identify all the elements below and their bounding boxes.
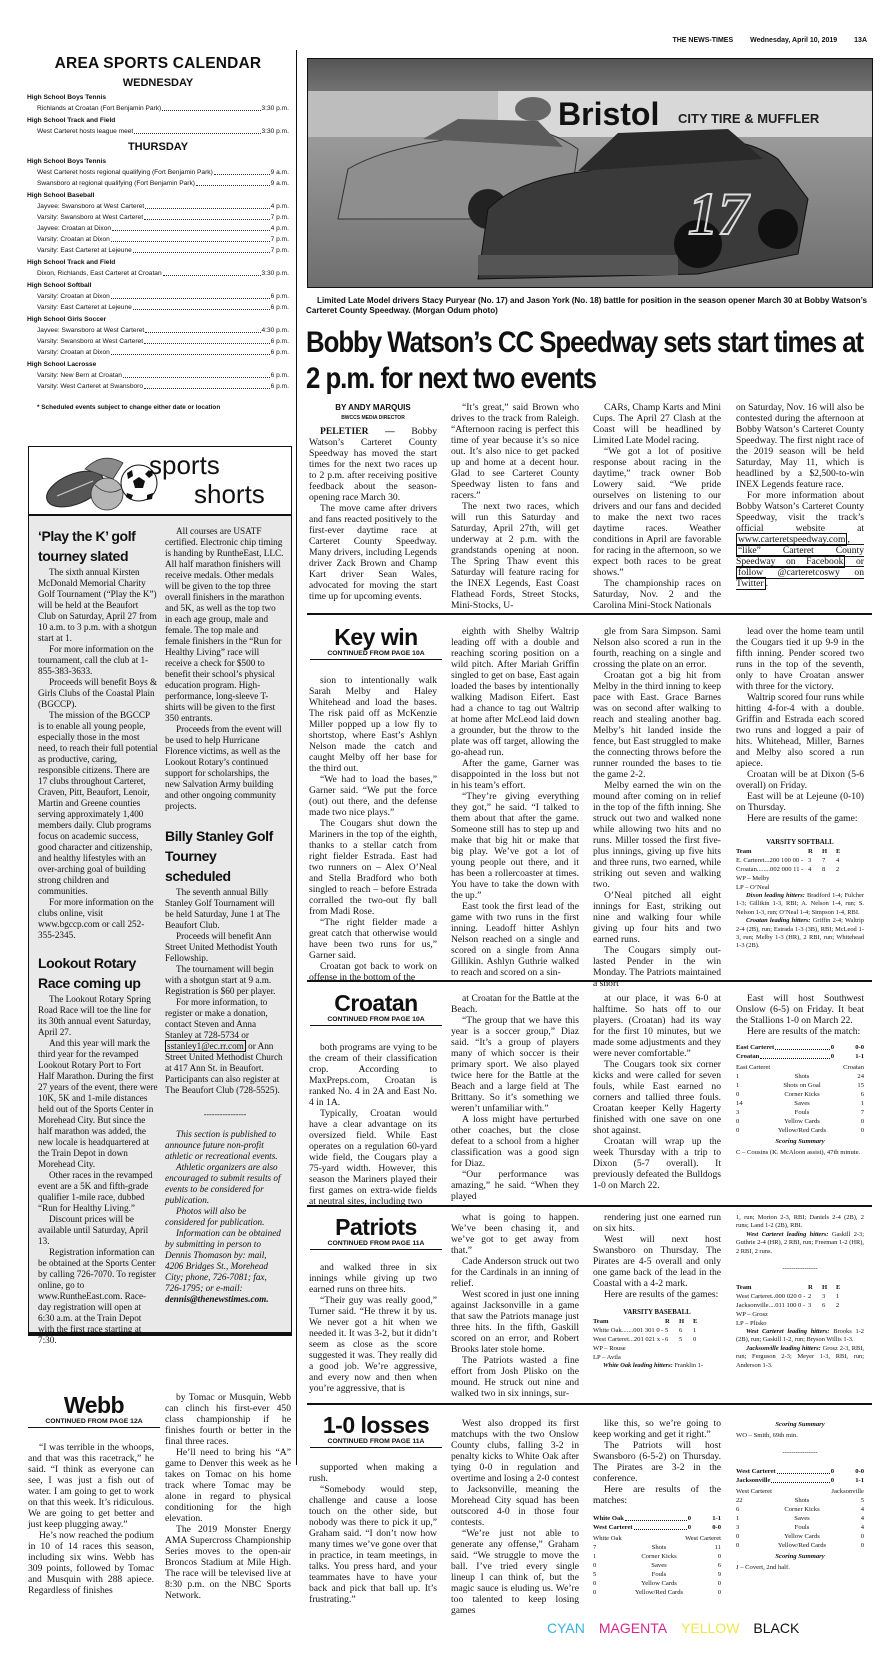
- paragraph: Information can be obtained by submittin…: [165, 1228, 285, 1294]
- leader-dots: [145, 201, 269, 209]
- tire-sign: CITY TIRE & MUFFLER: [678, 111, 820, 126]
- paragraph: The championship races on Saturday, Nov.…: [593, 578, 721, 611]
- box-header: TeamRHE: [736, 847, 864, 856]
- registration-mark-magenta: MAGENTA: [599, 1620, 667, 1636]
- race-photo: Bristol CITY TIRE & MUFFLER 17: [307, 58, 873, 288]
- losing-pitcher: LP – Avila: [593, 1353, 721, 1362]
- stat-row: 14Saves1: [736, 1099, 864, 1108]
- paragraph: Proceeds from the event will be used to …: [165, 724, 285, 812]
- team-header: White OakWest Carteret: [593, 1534, 721, 1543]
- scoring-summary-label: Scoring Summary: [736, 1552, 864, 1561]
- rotary-story: The Lookout Rotary Spring Road Race will…: [38, 994, 158, 1346]
- box-divider: ----------------: [736, 1264, 864, 1273]
- paragraph: O’Neal pitched all eight innings for Eas…: [593, 890, 721, 945]
- webb-title: Webb: [28, 1392, 160, 1418]
- lead-text: Bobby Watson’s Carteret County Speedway …: [309, 426, 437, 503]
- scoring-summary: C – Cousins (K. McAloon assist), 47th mi…: [736, 1148, 864, 1157]
- policy-note: This section is published to announce fu…: [165, 1129, 285, 1294]
- paragraph: “We’re just not able to generate any off…: [451, 1528, 579, 1616]
- event-time: 7 p.m.: [271, 212, 289, 223]
- team-header: East CarteretCroatan: [736, 1063, 864, 1072]
- paragraph: Croatan got back to work on offense in t…: [309, 961, 437, 983]
- scoring-summary: WO – Smith, 69th min.: [736, 1431, 864, 1440]
- calendar-event: Jayvee: Croatan at Dixon4 p.m.: [27, 223, 289, 234]
- event-time: 4 p.m.: [271, 201, 289, 212]
- box-title: VARSITY SOFTBALL: [736, 838, 864, 847]
- leading-hitters: West Carteret leading hitters: Gaskill 2…: [736, 1231, 864, 1256]
- winning-pitcher: WP – Melby: [736, 874, 864, 883]
- leading-hitters: 1, run; Morton 2-3, RBI; Daniels 2-4 (2B…: [736, 1214, 864, 1231]
- scoring-summary-label: Scoring Summary: [736, 1420, 864, 1429]
- paragraph: East will be at Lejeune (0-10) on Thursd…: [736, 791, 864, 813]
- losses-col-1: supported when making a rush.“Somebody w…: [309, 1462, 437, 1605]
- registration-mark-black: BLACK: [753, 1620, 799, 1636]
- croatan-jump-head: Croatan CONTINUED FROM PAGE 10A: [310, 990, 442, 1026]
- box-row: West Carteret...201 021 x -650: [593, 1335, 721, 1344]
- leader-dots: [196, 178, 270, 186]
- golf-story: The sixth annual Kirsten McDonald Memori…: [38, 567, 158, 941]
- calendar-note: * Scheduled events subject to change eit…: [27, 404, 289, 411]
- photo-caption: Limited Late Model drivers Stacy Puryear…: [306, 296, 872, 316]
- paragraph: East will host Southwest Onslow (6-5) on…: [736, 993, 864, 1026]
- croatan-continued: CONTINUED FROM PAGE 10A: [310, 1016, 442, 1026]
- calendar-sport: High School Track and Field: [27, 116, 289, 126]
- calendar-sport: High School Boys Tennis: [27, 93, 289, 103]
- stanley-contact-text: For more information, to register or mak…: [165, 997, 268, 1040]
- policy-email[interactable]: dennis@thenewstimes.com.: [165, 1294, 285, 1305]
- paragraph: All courses are USATF certified. Electro…: [165, 526, 285, 724]
- paragraph: by Tomac or Musquin, Webb can clinch his…: [165, 1392, 291, 1447]
- baseball-box-score-cont: 1, run; Morton 2-3, RBI; Daniels 2-4 (2B…: [736, 1214, 864, 1370]
- paragraph: what is going to happen. We’ve been chas…: [451, 1212, 579, 1256]
- leading-hitters: Dixon leading hitters: Bradford 1-4; Ful…: [736, 892, 864, 917]
- paragraph: gle from Sara Simpson. Sami Nelson also …: [593, 626, 721, 670]
- paragraph: Croatan got a big hit from Melby in the …: [593, 670, 721, 780]
- calendar-event: Varsity: East Carteret at Lejeune7 p.m.: [27, 245, 289, 256]
- lead-text: on Saturday, Nov. 16 will also be contes…: [736, 402, 864, 490]
- leader-dots: [133, 245, 270, 253]
- leader-dots: [144, 381, 270, 389]
- score-line: West Carteret00-0: [593, 1523, 721, 1532]
- paper-name: THE NEWS-TIMES: [672, 37, 733, 44]
- losses-continued: CONTINUED FROM PAGE 11A: [310, 1438, 442, 1448]
- lead-text: The move came after drivers and fans rea…: [309, 503, 437, 602]
- stat-row: 0Yellow Cards0: [736, 1532, 864, 1541]
- patriots-continued: CONTINUED FROM PAGE 11A: [310, 1240, 442, 1250]
- boys-soccer-box-score-cont: Scoring Summary WO – Smith, 69th min. --…: [736, 1420, 864, 1457]
- event-name: Dixon, Richlands, East Carteret at Croat…: [37, 268, 162, 279]
- patriots-col-4: 1, run; Morton 2-3, RBI; Daniels 2-4 (2B…: [736, 1214, 864, 1370]
- paragraph: Here are results of the match:: [736, 1026, 864, 1037]
- event-name: Jayvee: Swansboro at West Carteret: [37, 201, 144, 212]
- event-time: 9 a.m.: [271, 167, 289, 178]
- losing-pitcher: LP – Plisko: [736, 1319, 864, 1328]
- leading-hitters: White Oak leading hitters: Franklin 1-: [593, 1362, 721, 1370]
- paragraph: West will next host Swansboro on Thursda…: [593, 1234, 721, 1289]
- paragraph: “They’re giving everything they got,” he…: [451, 791, 579, 901]
- paragraph: “Somebody would step, challenge and caus…: [309, 1484, 437, 1605]
- softball-box-score: VARSITY SOFTBALL TeamRHE E. Carteret...2…: [736, 838, 864, 951]
- leader-dots: [134, 126, 260, 134]
- paragraph: “We got a lot of positive response about…: [593, 446, 721, 578]
- page-number: 13A: [854, 37, 867, 44]
- box-row: Croatan........002 000 11 -482: [736, 865, 864, 874]
- paragraph: The 2019 Monster Energy AMA Supercross C…: [165, 1524, 291, 1601]
- losses-title: 1-0 losses: [310, 1412, 442, 1438]
- paragraph: After the game, Garner was disappointed …: [451, 758, 579, 791]
- paragraph: The next two races, which will run this …: [451, 501, 579, 611]
- lead-col-3: CARs, Champ Karts and Mini Cups. The Apr…: [593, 402, 721, 611]
- event-name: Swansboro at regional qualifying (Fort B…: [37, 178, 195, 189]
- paragraph: Melby earned the win on the mound after …: [593, 780, 721, 890]
- calendar-event: Varsity: New Bern at Croatan6 p.m.: [27, 370, 289, 381]
- losing-pitcher: LP – O’Neal: [736, 883, 864, 892]
- stat-row: 1Shots on Goal15: [736, 1081, 864, 1090]
- event-time: 3:30 p.m.: [262, 126, 290, 137]
- paragraph: He’s now reached the podium in 10 of 14 …: [28, 1530, 154, 1596]
- paragraph: The sixth annual Kirsten McDonald Memori…: [38, 567, 158, 644]
- paragraph: “It’s great,” said Brown who drives to t…: [451, 402, 579, 501]
- paragraph: Photos will also be considered for publi…: [165, 1206, 285, 1228]
- losses-col-4: Scoring Summary WO – Smith, 69th min. --…: [736, 1418, 864, 1572]
- patriots-col-2: what is going to happen. We’ve been chas…: [451, 1212, 579, 1399]
- registration-marks: CYANMAGENTAYELLOWBLACK: [547, 1620, 799, 1636]
- calendar-title: AREA SPORTS CALENDAR: [27, 55, 289, 73]
- keywin-col-1: sion to intentionally walk Sarah Melby a…: [309, 675, 437, 983]
- losses-jump-head: 1-0 losses CONTINUED FROM PAGE 11A: [310, 1412, 442, 1448]
- winning-pitcher: WP – Rouse: [593, 1344, 721, 1353]
- event-time: 7 p.m.: [271, 245, 289, 256]
- calendar-day-heading: WEDNESDAY: [27, 77, 289, 89]
- leader-dots: [145, 325, 260, 333]
- event-name: Varsity: East Carteret at Lejeune: [37, 245, 132, 256]
- stanley-headline: Billy Stanley Golf Tourney scheduled: [165, 826, 285, 886]
- column-rule: [296, 50, 297, 1465]
- event-time: 6 p.m.: [271, 370, 289, 381]
- stanley-contact: For more information, to register or mak…: [165, 997, 285, 1096]
- race-cars-image: Bristol CITY TIRE & MUFFLER 17: [308, 59, 872, 287]
- leader-dots: [123, 370, 270, 378]
- stat-row: 5Fouls9: [593, 1570, 721, 1579]
- croatan-col-3: at our place, it was 6-0 at halftime. So…: [593, 993, 721, 1191]
- paragraph: like this, so we’re going to keep workin…: [593, 1418, 721, 1440]
- paragraph: And this year will mark the third year f…: [38, 1038, 158, 1170]
- score-line: Croatan01-1: [736, 1052, 864, 1061]
- score-line: White Oak01-1: [593, 1514, 721, 1523]
- leader-dots: [214, 167, 270, 175]
- keywin-title: Key win: [310, 624, 442, 650]
- paragraph: Here are results of the games:: [593, 1289, 721, 1300]
- shorts-divider: ----------------: [165, 1110, 285, 1119]
- paragraph: “Our performance was amazing,” he said. …: [451, 1169, 579, 1202]
- paragraph: “Their guy was really good,” Turner said…: [309, 1295, 437, 1394]
- calendar-sport: High School Track and Field: [27, 258, 289, 268]
- paragraph: The seventh annual Billy Stanley Golf To…: [165, 887, 285, 931]
- event-time: 6 p.m.: [271, 336, 289, 347]
- stat-row: 3Fouls7: [736, 1108, 864, 1117]
- calendar-event: Jayvee: Swansboro at West Carteret4:30 p…: [27, 325, 289, 336]
- shorts-column-2: All courses are USATF certified. Electro…: [165, 526, 285, 1305]
- stat-row: 1Corner Kicks0: [593, 1552, 721, 1561]
- sports-shorts-header: sports shorts: [29, 447, 291, 516]
- paragraph: Here are results of the matches:: [593, 1484, 721, 1506]
- calendar-sport: High School Baseball: [27, 191, 289, 201]
- event-name: Jayvee: Swansboro at West Carteret: [37, 325, 144, 336]
- box-row: E. Carteret...200 100 00 -374: [736, 856, 864, 865]
- calendar-event: Richlands at Croatan (Fort Benjamin Park…: [27, 103, 289, 114]
- boys-soccer-box-score-1: White Oak01-1West Carteret00-0White OakW…: [593, 1514, 721, 1597]
- paragraph: Proceeds will benefit Boys & Girls Clubs…: [38, 677, 158, 710]
- leader-dots: [133, 302, 270, 310]
- calendar-event: West Carteret hosts regional qualifying …: [27, 167, 289, 178]
- event-time: 4 p.m.: [271, 223, 289, 234]
- event-name: Varsity: New Bern at Croatan: [37, 370, 122, 381]
- paragraph: “The right fielder made a great catch th…: [309, 917, 437, 961]
- paragraph: and walked three in six innings while gi…: [309, 1262, 437, 1295]
- keywin-jump-head: Key win CONTINUED FROM PAGE 10A: [310, 624, 442, 660]
- calendar-event: Varsity: West Carteret at Swansboro6 p.m…: [27, 381, 289, 392]
- paragraph: The Patriots will host Swansboro (6-5-2)…: [593, 1440, 721, 1484]
- leader-dots: [111, 234, 270, 242]
- losses-col-2: West also dropped its first matchups wit…: [451, 1418, 579, 1616]
- byline: BY ANDY MARQUIS: [309, 402, 437, 413]
- event-name: Varsity: West Carteret at Swansboro: [37, 381, 143, 392]
- webb-continued: CONTINUED FROM PAGE 12A: [28, 1418, 160, 1428]
- stat-row: 0Saves6: [593, 1561, 721, 1570]
- paragraph: This section is published to announce fu…: [165, 1129, 285, 1162]
- event-time: 3:30 p.m.: [262, 103, 290, 114]
- paragraph: both programs are vying to be the cream …: [309, 1042, 437, 1108]
- calendar-day-heading: THURSDAY: [27, 141, 289, 153]
- paragraph: Here are results of the game:: [736, 813, 864, 824]
- leader-dots: [144, 212, 270, 220]
- leader-dots: [111, 291, 270, 299]
- event-name: Varsity: Swansboro at West Carteret: [37, 212, 143, 223]
- stat-row: 6Corner Kicks4: [736, 1505, 864, 1514]
- issue-date: Wednesday, April 10, 2019: [750, 37, 837, 44]
- paragraph: The Cougars simply out-lasted Pender in …: [593, 945, 721, 989]
- paragraph: The Cougars took six corner kicks and we…: [593, 1059, 721, 1136]
- lead-text: For more information about Bobby Watson’…: [736, 490, 864, 534]
- event-name: Varsity: Swansboro at West Carteret: [37, 336, 143, 347]
- keywin-col-4: lead over the home team until the Cougar…: [736, 626, 864, 951]
- paragraph: eighth with Shelby Waltrip leading off w…: [451, 626, 579, 758]
- patriots-jump-head: Patriots CONTINUED FROM PAGE 11A: [310, 1214, 442, 1250]
- leader-dots: [162, 103, 260, 111]
- paragraph: at Croatan for the Battle at the Beach.: [451, 993, 579, 1015]
- event-time: 7 p.m.: [271, 234, 289, 245]
- leading-hitters: Croatan leading hitters: Griffin 2-4; Wa…: [736, 917, 864, 951]
- paragraph: Discount prices will be available until …: [38, 1214, 158, 1247]
- patriots-col-3-text: rendering just one earned run on six hit…: [593, 1212, 721, 1300]
- shorts-column-1: ‘Play the K’ golf tourney slated The six…: [38, 526, 158, 1346]
- event-name: Varsity: Croatan at Dixon: [37, 291, 110, 302]
- patriots-title: Patriots: [310, 1214, 442, 1240]
- lead-headline: Bobby Watson’s CC Speedway sets start ti…: [306, 325, 874, 397]
- stanley-story: The seventh annual Billy Stanley Golf To…: [165, 887, 285, 997]
- paragraph: West also dropped its first matchups wit…: [451, 1418, 579, 1528]
- event-time: 6 p.m.: [271, 347, 289, 358]
- paragraph: The Lookout Rotary Spring Road Race will…: [38, 994, 158, 1038]
- event-name: Jayvee: Croatan at Dixon: [37, 223, 111, 234]
- event-name: Varsity: Croatan at Dixon: [37, 347, 110, 358]
- paragraph: “The group that we have this year is a s…: [451, 1015, 579, 1114]
- paragraph: East took the first lead of the game wit…: [451, 901, 579, 978]
- paragraph: The tournament will begin with a shotgun…: [165, 964, 285, 997]
- calendar-event: Jayvee: Swansboro at West Carteret4 p.m.: [27, 201, 289, 212]
- calendar-event: Varsity: Croatan at Dixon6 p.m.: [27, 347, 289, 358]
- calendar-sport: High School Boys Tennis: [27, 157, 289, 167]
- box-row: West Carteret..000 020 0 -231: [736, 1292, 864, 1301]
- keywin-col-2: eighth with Shelby Waltrip leading off w…: [451, 626, 579, 978]
- paragraph: The mission of the BGCCP is to enable al…: [38, 710, 158, 897]
- paragraph: For more information on the clubs online…: [38, 897, 158, 941]
- sports-balls-icon: [43, 449, 163, 513]
- event-name: West Carteret hosts regional qualifying …: [37, 167, 213, 178]
- paragraph: Other races in the revamped event are a …: [38, 1170, 158, 1214]
- event-time: 6 p.m.: [271, 291, 289, 302]
- leading-hitters: West Carteret leading hitters: Brooks 1-…: [736, 1328, 864, 1345]
- score-line: West Carteret00-0: [736, 1467, 864, 1476]
- paragraph: West scored in just one inning against J…: [451, 1289, 579, 1355]
- registration-mark-yellow: YELLOW: [681, 1620, 739, 1636]
- score-line: Jacksonville01-1: [736, 1476, 864, 1485]
- croatan-col-2: at Croatan for the Battle at the Beach.“…: [451, 993, 579, 1202]
- paragraph: “I was terrible in the whoops, and that …: [28, 1442, 154, 1530]
- box-title: VARSITY BASEBALL: [593, 1308, 721, 1317]
- keywin-col-3: gle from Sara Simpson. Sami Nelson also …: [593, 626, 721, 989]
- calendar-event: Varsity: Croatan at Dixon6 p.m.: [27, 291, 289, 302]
- paragraph: Registration information can be obtained…: [38, 1247, 158, 1346]
- calendar-sport: High School Softball: [27, 281, 289, 291]
- registration-mark-cyan: CYAN: [547, 1620, 585, 1636]
- stat-row: 0Yellow/Red Cards0: [736, 1541, 864, 1550]
- calendar-event: Swansboro at regional qualifying (Fort B…: [27, 178, 289, 189]
- croatan-col-4: East will host Southwest Onslow (6-5) on…: [736, 993, 864, 1157]
- team-header: West CarteretJacksonville: [736, 1487, 864, 1496]
- leader-dots: [111, 347, 270, 355]
- calendar-sport: High School Lacrosse: [27, 360, 289, 370]
- lead-col-2: “It’s great,” said Brown who drives to t…: [451, 402, 579, 611]
- paragraph: supported when making a rush.: [309, 1462, 437, 1484]
- stat-row: 0Yellow/Red Cards0: [593, 1588, 721, 1597]
- golf-headline: ‘Play the K’ golf tourney slated: [38, 526, 158, 566]
- event-name: Richlands at Croatan (Fort Benjamin Park…: [37, 103, 161, 114]
- paragraph: Croatan will wrap up the week Thursday w…: [593, 1136, 721, 1191]
- patriots-col-1: and walked three in six innings while gi…: [309, 1262, 437, 1394]
- losses-col-3-text: like this, so we’re going to keep workin…: [593, 1418, 721, 1506]
- stanley-email-link[interactable]: sstanley1@ec.rr.com: [165, 1040, 246, 1052]
- lead-col-1: BY ANDY MARQUIS BWCCS MEDIA DIRECTOR PEL…: [309, 402, 437, 602]
- event-time: 4:30 p.m.: [262, 325, 290, 336]
- event-time: 3:30 p.m.: [262, 268, 290, 279]
- event-time: 9 a.m.: [271, 178, 289, 189]
- stat-row: 22Shots5: [736, 1496, 864, 1505]
- paragraph: lead over the home team until the Cougar…: [736, 626, 864, 692]
- paragraph: Proceeds will benefit Ann Street United …: [165, 931, 285, 964]
- girls-soccer-box-score: East Carteret00-0Croatan01-1East Cartere…: [736, 1043, 864, 1157]
- leader-dots: [163, 268, 261, 276]
- keywin-col-4-text: lead over the home team until the Cougar…: [736, 626, 864, 824]
- calendar-event: Varsity: Croatan at Dixon7 p.m.: [27, 234, 289, 245]
- calendar-days: WEDNESDAYHigh School Boys TennisRichland…: [27, 77, 289, 392]
- croatan-col-1: both programs are vying to be the cream …: [309, 1042, 437, 1207]
- event-time: 6 p.m.: [271, 381, 289, 392]
- paragraph: Waltrip scored four runs while hitting 4…: [736, 692, 864, 769]
- lead-col-4: on Saturday, Nov. 16 will also be contes…: [736, 402, 864, 589]
- event-name: Varsity: East Carteret at Lejeune: [37, 302, 132, 313]
- dateline: PELETIER —: [320, 426, 395, 437]
- baseball-box-score-1: VARSITY BASEBALL TeamRHE White Oak......…: [593, 1308, 721, 1370]
- webb-col-2: by Tomac or Musquin, Webb can clinch his…: [165, 1392, 291, 1601]
- webb-col-1: “I was terrible in the whoops, and that …: [28, 1442, 154, 1596]
- rotary-headline: Lookout Rotary Race coming up: [38, 953, 158, 993]
- event-name: West Carteret hosts league meet: [37, 126, 133, 137]
- losses-col-3: like this, so we’re going to keep workin…: [593, 1418, 721, 1597]
- calendar-sport: High School Girls Soccer: [27, 315, 289, 325]
- paragraph: Cade Anderson struck out two for the Car…: [451, 1256, 579, 1289]
- calendar-event: Varsity: Swansboro at West Carteret6 p.m…: [27, 336, 289, 347]
- twitter-link[interactable]: follow @carteretcoswy on Twitter: [736, 566, 864, 590]
- paragraph: Croatan will be at Dixon (5-6 overall) o…: [736, 769, 864, 791]
- box-row: White Oak.......001 301 0 -561: [593, 1326, 721, 1335]
- stat-row: 0Yellow Cards0: [736, 1117, 864, 1126]
- paragraph: “We had to load the bases,” Garner said.…: [309, 774, 437, 818]
- bristol-sign: Bristol: [558, 96, 659, 132]
- stat-row: 0Yellow Cards0: [593, 1579, 721, 1588]
- paragraph: rendering just one earned run on six hit…: [593, 1212, 721, 1234]
- leader-dots: [112, 223, 270, 231]
- stat-row: 1Shots24: [736, 1072, 864, 1081]
- leading-hitters: Jacksonville leading hitters: Grosz 2-3,…: [736, 1345, 864, 1370]
- scoring-summary: J – Covert, 2nd half.: [736, 1563, 864, 1572]
- paragraph: at our place, it was 6-0 at halftime. So…: [593, 993, 721, 1059]
- paragraph: The Patriots wasted a fine effort from J…: [451, 1355, 579, 1399]
- calendar-event: West Carteret hosts league meet3:30 p.m.: [27, 126, 289, 137]
- patriots-col-3: rendering just one earned run on six hit…: [593, 1212, 721, 1370]
- event-name: Varsity: Croatan at Dixon: [37, 234, 110, 245]
- leader-dots: [144, 336, 270, 344]
- paragraph: The Cougars shut down the Mariners in th…: [309, 818, 437, 917]
- stat-row: 0Corner Kicks6: [736, 1090, 864, 1099]
- sports-shorts-word2: shorts: [194, 479, 265, 510]
- winning-pitcher: WP – Grosz: [736, 1310, 864, 1319]
- stat-row: 3Fouls4: [736, 1523, 864, 1532]
- calendar-event: Dixon, Richlands, East Carteret at Croat…: [27, 268, 289, 279]
- section-rule: [307, 1403, 872, 1405]
- paragraph: CARs, Champ Karts and Mini Cups. The Apr…: [593, 402, 721, 446]
- box-row: Jacksonville....011 100 0 -362: [736, 1301, 864, 1310]
- byline-role: BWCCS MEDIA DIRECTOR: [309, 413, 437, 424]
- area-sports-calendar: AREA SPORTS CALENDAR WEDNESDAYHigh Schoo…: [27, 55, 289, 411]
- section-rule: [307, 613, 872, 615]
- stat-row: 0Yellow/Red Cards0: [736, 1126, 864, 1135]
- car-number: 17: [688, 181, 750, 247]
- paragraph: Typically, Croatan would have a clear ad…: [309, 1108, 437, 1207]
- rotary-story-cont: All courses are USATF certified. Electro…: [165, 526, 285, 812]
- stat-row: 1Saves4: [736, 1514, 864, 1523]
- box-header: TeamRHE: [736, 1283, 864, 1292]
- boys-soccer-box-score-2: West Carteret00-0Jacksonville01-1West Ca…: [736, 1467, 864, 1572]
- calendar-event: Varsity: East Carteret at Lejeune6 p.m.: [27, 302, 289, 313]
- sports-shorts-box: sports shorts ‘Play the K’ golf tourney …: [28, 446, 292, 1336]
- webb-jump-head: Webb CONTINUED FROM PAGE 12A: [28, 1392, 160, 1428]
- score-line: East Carteret00-0: [736, 1043, 864, 1052]
- event-time: 6 p.m.: [271, 302, 289, 313]
- croatan-col-4-text: East will host Southwest Onslow (6-5) on…: [736, 993, 864, 1037]
- page-masthead: THE NEWS-TIMES Wednesday, April 10, 2019…: [672, 37, 867, 44]
- calendar-event: Varsity: Swansboro at West Carteret7 p.m…: [27, 212, 289, 223]
